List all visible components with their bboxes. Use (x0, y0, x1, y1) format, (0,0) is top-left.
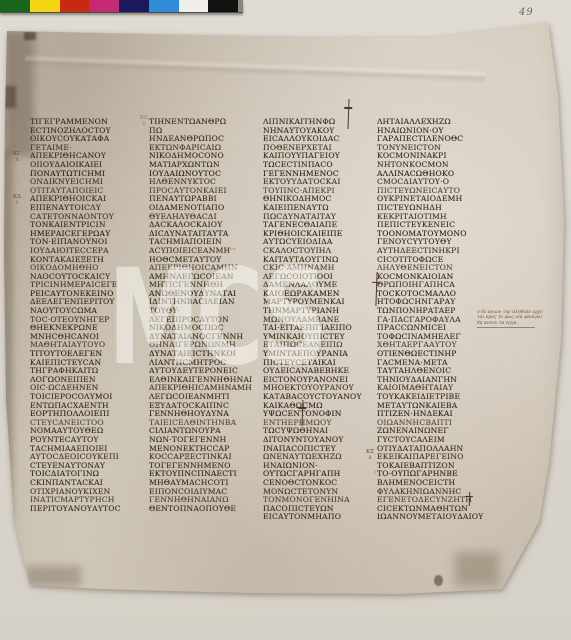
text-line: ΥΜΙΝΤΑΕΠΟΥΡΑΝΙΑ (263, 350, 383, 359)
text-line: ΑΛΛΙΝΑCΩΘΗΟΚΟ (377, 170, 497, 179)
text-line: ΤΟ·ΟΥΠΩΓΑΡΗΝΒΕ (377, 470, 497, 479)
text-line: ΕΝΤΩΠΑCΧΑΕΝΤΗ (30, 402, 150, 411)
text-line: ΜΟΝΩCΤΕΤΟΝΥΝ (263, 488, 383, 497)
text-line: ΤΟΝ·ΕΙΠΑΝΟΥΝΟΙ (30, 238, 150, 247)
cross-stem (375, 272, 378, 306)
text-line: ΛΕΓΩCΟΙΟΤΙΟΟΙ (263, 273, 383, 282)
text-column-4: ΛΗΤΑΙΑΛΛΕΧΗΖΩΗΝΑΙΩΝΙΟΝ·ΟΥΓΑΡΑΠΕCΤΙΛΕΝΟΘC… (377, 118, 497, 522)
text-line: ΕΙΠΕΝΑΥΤΟΙCΛΥ (30, 204, 150, 213)
text-line: ΤΟΝΜΟΝΟΓΕΝΗΙΝΑ (263, 496, 383, 505)
text-line: ΕΙCΑΛΛΟΥΚΟΙΔΑC (263, 135, 383, 144)
text-line: ΜΝΗCΘΗCΑΝΟΙ (30, 333, 150, 342)
text-line: ΤΑCΗΜΙΑΠΟΙΕΙΝ (149, 238, 269, 247)
section-numeral: ΚΕΒ (137, 116, 151, 127)
text-line: ΜΩΝΟΥΛΑΜΒΑΝΕ (263, 316, 383, 325)
text-line: ΘΗΝΑΙΓΕΡΩΝΩΝΜΗ (149, 341, 269, 350)
text-line: ΝΑΟCΟΥΤΟCΚΑΙCΥ (30, 273, 150, 282)
section-numeral: ΚΔΙ (10, 195, 24, 206)
text-line: ΑΥΤΟΥΔΕΥΤΕΡΟΝΕΙC (149, 367, 269, 376)
text-line: ΗΜΕΡΑΙCΕΓΕΡΩΑΥ (30, 230, 150, 239)
text-line: ΗΤΟΦΩCΗΝΓΑΡΑΥ (377, 298, 497, 307)
text-line: ΚΑΙΤΑΥΤΑΟΥΓΙΝΩ (263, 256, 383, 265)
text-line: ΟΙΔΑΜΕΝΟΤΙΑΠΟ (149, 204, 269, 213)
canon-numeral: Δ (10, 158, 24, 164)
text-line: ΗΟΘCΜΕΤΑΥΤΟΥ (149, 256, 269, 265)
text-line: ΙΝΑΤΙCΜΑΡΤΥΡΗCΗ (30, 496, 150, 505)
text-line: CΚΑΛΟCΤΟΥΙΗΛ (263, 247, 383, 256)
text-line: ΟΤΙΥΔΑΤΑΠΟΛΛΑΗΝ (377, 445, 497, 454)
canon-numeral: Ι (10, 201, 24, 207)
text-line: ΕΙCΤΟΝΟΥΡΑΝΟΝΕΙ (263, 376, 383, 385)
text-line: ΠΑCΟΠΙCΤΕΥΩΝ (263, 505, 383, 514)
text-line: ΤΟΥΠΝC·ΑΠΕΚΡΙ (263, 187, 383, 196)
text-line: ΕΞΥΔΑΤΟCΚΑΙΠΝC (149, 402, 269, 411)
section-numeral: ΚΓΔ (10, 152, 24, 163)
text-line: ΡΕΙCΑΥΤΟΝΕΚΕΙΝΟ (30, 290, 150, 299)
canon-numeral: Β (137, 122, 151, 128)
text-line: ΤΟΟΝΟΜΑΤΟΥΜΟΝΟ (377, 230, 497, 239)
interlinear-correction: αυτου (224, 246, 236, 251)
text-line: ΤΙΤΟΥΤΟΕΛΕΓΕΝ (30, 350, 150, 359)
text-line: ΤΑΙ·ΕΙΤΑΕΠΙΓΙΑΕΙΠΟ (263, 324, 383, 333)
text-line: ΧΘΗΤΑΕΡΓΑΑΥΤΟΥ (377, 341, 497, 350)
text-line: ΠΙCΤΕΥΩΝΕΙCΑΥΤΟ (377, 187, 497, 196)
text-line: ΤΑΙΕΙCΕΛΘΙΝΤΗΝΒΑ (149, 419, 269, 428)
text-line: ΘΥΕΛΗΛΥΘΑCΔΙ (149, 213, 269, 222)
text-line: ΟΤΙΧΡΙΑΝΟΥΚΙΧΕΝ (30, 488, 150, 497)
text-line: ΟΙC·ΩCΔΕΗΝΕΝ (30, 384, 150, 393)
text-line: CΤΕΥCΑΝΕΙCΤΟΟ (30, 419, 150, 428)
text-column-3: ΛΙΠΝΙΚΑΙΤΗΝΦΩΝΗΝΑΥΤΟΥΑΚΟΥΕΙCΑΛΛΟΥΚΟΙΔΑCΠ… (263, 118, 383, 522)
text-line: ΟΙΙΟΥΔΑΙΟΙΚΑΙΕΙ (30, 161, 150, 170)
text-line: ΔΥΝΑΤΑΙΕΙCΤΗΝΚΟΙ (149, 350, 269, 359)
text-column-2: ΤΙΗΝΕΝΤΩΑΝΘΡΩΠΩΗΝΔΕΑΝΘΡΩΠΟCΕΚΤΩΝΦΑΡΙCΑΙΩ… (149, 118, 269, 513)
cross-stem (468, 492, 470, 506)
text-line: ΤΟCΚΟΤΟCΜΑΛΛΟ (377, 290, 497, 299)
text-line: ΤΙΓΕΓΡΑΜΜΕΝΟΝ (30, 118, 150, 127)
text-line: ΟΥΚΡΙΝΕΤΑΙΟΔΕΜΗ (377, 195, 497, 204)
text-line: ΠΙCΤΕΥCΕΤΑΙΚΑΙ (263, 359, 383, 368)
text-line: ΕΚΤΩΝΦΑΡΙCΑΙΩ (149, 144, 269, 153)
text-line: ΛΕΓΩCΟΙΕΑΝΜΗΤΙ (149, 393, 269, 402)
text-line: ΛΙΠΝΙΚΑΙΤΗΝΦΩ (263, 118, 383, 127)
text-line: ΜΕΝΟΝΕΚΤΗCCΑΡ (149, 445, 269, 454)
text-line: ΤΩCΥΨΩΘΗΝΑΙ (263, 427, 383, 436)
text-line: ΕΟΡΤΗΠΟΛΛΟΙΕΠΙ (30, 410, 150, 419)
cross-stem (301, 400, 303, 426)
text-line: ΗΛΘΕΝΝΥΚΤΟC (149, 178, 269, 187)
text-line: ΠΕΠΙCΤΕΥΚΕΝΕΙC (377, 221, 497, 230)
text-line: ΑΠΕΚΡΙΘΗCΑΝΟΥ (30, 152, 150, 161)
text-line: ΕΤΑΙΠΩCΕΑΝΕΙΠΩ (263, 341, 383, 350)
text-line: ΓΥCΤΟΥCΑΛΕΙΜ (377, 436, 497, 445)
text-line: ΜΗΘΑΥΜΑCΗCΟΤΙ (149, 479, 269, 488)
text-line: ΓΑΡΑΠΕCΤΙΛΕΝΟΘC (377, 135, 497, 144)
text-line: ΑΠΕΚΡΙΘΗΙCΑΜΗΝΑΜΗ (149, 384, 269, 393)
text-line: ΝΙΚΟΔΗΜΟCΟΝΟ (149, 152, 269, 161)
text-line: ΕCΤΙΝΟΖΗΛΟCΤΟΥ (30, 127, 150, 136)
text-line: ΠΟΘΕΝΕΡΧΕΤΑΙ (263, 144, 383, 153)
text-line: ΤΟΝΚΑΙΕΝΤΡΙCΙΝ (30, 221, 150, 230)
text-line: ΘΗΝΙΚΟΔΗΜΟC (263, 195, 383, 204)
text-line: CΤΕΥΕΝΑΥΤΟΝΑΥ (30, 462, 150, 471)
parchment-stain (455, 552, 499, 586)
text-line: ΤΙΗΝΕΝΤΩΑΝΘΡΩ (149, 118, 269, 127)
text-line: ΤΟΚΑΙΕΒΑΠΤΙΖΟΝ (377, 462, 497, 471)
text-line: ΚΑΙΟΕΩΡΑΚΑΜΕΝ (263, 290, 383, 299)
text-line: ΤΟΥΘΥ· (149, 307, 269, 316)
text-line: ΗΝΔΕΑΝΘΡΩΠΟC (149, 135, 269, 144)
text-line: ΜΑΘΗΤΑΙΑΥΤΟΥΟ (30, 341, 150, 350)
text-line: ΝΙΚΟΔΗΜΟCΠΩC (149, 324, 269, 333)
text-line: ΔΑCΚΑΛΟCΚΑΙΟΥ (149, 221, 269, 230)
text-line: CΕΝΟΘCΤΟΝΚΟC (263, 479, 383, 488)
parchment-stain (2, 150, 13, 520)
text-line: ΓΕΤΑΙΜΕ· (30, 144, 150, 153)
manuscript-photo: ΤΙΓΕΓΡΑΜΜΕΝΟΝΕCΤΙΝΟΖΗΛΟCΤΟΥΟΙΚΟΥCΟΥΚΑΤΑΦ… (0, 0, 571, 640)
parchment-stain (24, 32, 36, 40)
text-line: ΙΝΑΠΑCΟΠΙCΤΕΥ (263, 445, 383, 454)
text-line: ΚΕΚΡΙΤΑΙΟΤΙΜΗ (377, 213, 497, 222)
text-line: ΤΗΝΜΑΡΤΥΡΙΑΝΗ (263, 307, 383, 316)
text-line: ΙΔΙΝΤΗΝΒΑCΙΛΕΙΑΝ (149, 298, 269, 307)
cross-stem (347, 99, 349, 129)
text-line: ΚΑΙΕΙΠΕΝΑΥΤΩ (263, 204, 383, 213)
cross-bar (372, 281, 380, 283)
text-line: ΚΟCΜΟΝΚΑΙΟΙΑΝ (377, 273, 497, 282)
text-line: CΙΛΙΑΝΤΩΝΟΥΡΑ (149, 427, 269, 436)
parchment-stain (6, 31, 34, 156)
text-line: ΛΟΓΩΟΝΕΙΠΕΝ (30, 376, 150, 385)
text-line: ΛΕΓΕΙΠΡΟCΑΥΤΟΝ (149, 316, 269, 325)
text-line: ΖΩΝΕΝΑΙΝΩΝΕΓ (377, 427, 497, 436)
text-line: ΤΩCΕCΤΙΝΠΑCΟ (263, 161, 383, 170)
text-line: CΙCΟΤΙΤΟΦΩCΕ (377, 256, 497, 265)
text-line: ΙΩΑΝΝΟΥΜΕΤΑΙΟΥΔΑΙΟΥ (377, 513, 497, 522)
text-line: ΑΠΕΚΡΙΘΗΟΙCΑΜΗΝ (149, 264, 269, 273)
text-line: ΓΑCΜΕΝΑ·ΜΕΤΑ (377, 359, 497, 368)
text-line: ΘΕΝΤΟΠΝΑΟΠΟΥΘΕ (149, 505, 269, 514)
text-line: ΚΑΙΕΠΙCΤΕΥCΑΝ (30, 359, 150, 368)
text-line: ΕΚΤΟΥΠΝCΠΝΑΕCΤΙ (149, 470, 269, 479)
text-line: ΦΥΛΑΚΗΝΙΩΑΝΝΗC (377, 488, 497, 497)
text-line: ΚΟCΜΟΝΙΝΑΚΡΙ (377, 152, 497, 161)
text-line: ΜΑΤΙΑΡΧΩΝΤΩΝ (149, 161, 269, 170)
text-line: ΓΕΝΟΥCΥΥΤΟΥΘΥ (377, 238, 497, 247)
text-line: ΠΡΑCCΩΝΜΙCΕΙ (377, 324, 497, 333)
text-line: ΥΨΩCΕΝΤΟΝΟΦΙΝ (263, 410, 383, 419)
text-line: ΘΡΩΠΟΙΗΓΑΠΗCΑ (377, 281, 497, 290)
text-line: ΠΩ (149, 127, 269, 136)
text-line: ΜΑΡΤΥΡΟΥΜΕΝΚΑΙ (263, 298, 383, 307)
text-line: ΤΩΝΠΟΝΗΡΑΤΑΕΡ (377, 307, 497, 316)
text-line: ΕΛΘΙΝΚΑΙΓΕΝΝΗΘΗΝΑΙ (149, 376, 269, 385)
text-line: CΚΙC·ΑΜΗΝΑΜΗ (263, 264, 383, 273)
text-line: ΑΥΤΟCΔΕΟΙCΟΥΚΕΠΙ (30, 453, 150, 462)
text-line: ΑΝΩΘΕΝΟΥΔΥΝΑΤΑΙ (149, 290, 269, 299)
text-line: ΑΠΕΚΡΙΘΗΟΙCΚΑΙ (30, 195, 150, 204)
parchment-stain (2, 86, 16, 108)
section-numeral: Ι (368, 471, 382, 477)
text-line: ΠΕΡΙΤΟΥΑΝΟΥΑΥΤΟC (30, 505, 150, 514)
text-line: CΑΤΕΤΟΝΝΑΟΝΤΟΥ (30, 213, 150, 222)
text-line: ΔΑΜΕΝΛΑΛΟΥΜΕ (263, 281, 383, 290)
text-line: ΤΟΙCΔΙΑΤΟΓΙΝΩ (30, 470, 150, 479)
text-line: ΕΚΕΙΚΑΙΠΑΡΕΓΕΙΝΟ (377, 453, 497, 462)
text-line: ΝΟΜΑΑΥΤΟΥΘΕΩ (30, 427, 150, 436)
cross-icon (371, 272, 380, 306)
text-line: ΑΥΤΗΔΕΕCΤΙΝΗΚΡΙ (377, 247, 497, 256)
text-line: ΕΙΠΟΝCΟΙΔΙΥΜΑC (149, 488, 269, 497)
text-line: CΚΙΝΠΑΝΤΑCΚΑΙ (30, 479, 150, 488)
text-line: ΠΡΟCΑΥΤΟΝΚΑΙΕΙ (149, 187, 269, 196)
text-line: ΓΕΝΝΗΘΗΟΥΔΥΝΑ (149, 410, 269, 419)
cross-icon (298, 400, 307, 426)
text-line: ΗΝΑΙΩΝΙΟΝ· (263, 462, 383, 471)
text-line: ΓΑ·ΠΑCΓΑΡΟΦΑΥΛΑ (377, 316, 497, 325)
text-line: ΕΓΕΝΕΤΟΔΕCΥΝΖΗΤΗ (377, 496, 497, 505)
text-line: ΤΟΙCΙΕΡΟCΟΛΥΜΟΙ (30, 393, 150, 402)
text-line: ΑΥΤΩCΥΕΙΟΔΙΔΑ (263, 238, 383, 247)
text-line: ΤΟΓΕΓΕΝΝΗΜΕΝΟ (149, 462, 269, 471)
corrector-note-line: θη αυτου τα εργα (477, 321, 569, 326)
cross-icon (465, 492, 473, 506)
text-line: ΟΙΚΟΥCΟΥΚΑΤΑΦΑ (30, 135, 150, 144)
text-line: ΟΥΔΕΙCΑΝΑΒΕΒΗΚΕ (263, 367, 383, 376)
text-line: ΚΑΙΟΙΜΑΘΗΤΑΙΑΥ (377, 384, 497, 393)
text-column-1: ΤΙΓΕΓΡΑΜΜΕΝΟΝΕCΤΙΝΟΖΗΛΟCΤΟΥΟΙΚΟΥCΟΥΚΑΤΑΦ… (30, 118, 150, 513)
text-line: ΤΡΙCΙΝΗΜΕΡΑΙCΕΓΕ (30, 281, 150, 290)
cross-bar (344, 107, 352, 109)
text-line: ΓΕΓΕΝΝΗΜΕΝΟC (263, 170, 383, 179)
text-line: ΚΑΤΑΒΑCΟΥCΤΟΥΑΝΟΥ (263, 393, 383, 402)
text-line: CΜΟCΔΙΑΥΤΟΥ·Ο (377, 178, 497, 187)
text-line: ΛΗΛΥΘΕΝΕΙCΤΟΝ (377, 264, 497, 273)
text-line: ΝΗΝΑΥΤΟΥΑΚΟΥ (263, 127, 383, 136)
text-line: ΕΙCΑΥΤΟΝΜΗΑΠΟ (263, 513, 383, 522)
text-line: ΝΗΤΟΝΚΟCΜΟΝ (377, 161, 497, 170)
text-line: ΑCΥΠΟΙΕΙCΕΑΝΜΗ (149, 247, 269, 256)
text-line: ΚΑΙΚΑΘΩCΜΩ (263, 402, 383, 411)
text-line: ΤΟΝΥΝΕΙCΤΟΝ (377, 144, 497, 153)
section-numeral: ΚΣΔ (363, 450, 377, 461)
text-line: ΜΗΟΕΚΤΟΥΟΥΡΑΝΟΥ (263, 384, 383, 393)
text-line: ΚΑΙΠΟΥΥΠΑΓΕΙΟΥ (263, 152, 383, 161)
text-line: ΔΙCΔΥΝΑΤΑΙΤΑΥΤΑ (149, 230, 269, 239)
parchment-leaf: ΤΙΓΕΓΡΑΜΜΕΝΟΝΕCΤΙΝΟΖΗΛΟCΤΟΥΟΙΚΟΥCΟΥΚΑΤΑΦ… (0, 0, 571, 640)
cross-bar (298, 407, 306, 409)
text-line: ΡΟΥΝΤΕCΑΥΤΟΥ (30, 436, 150, 445)
text-line: ΤΑCΗΜΙΑΑΕΠΟΙΕΙ (30, 445, 150, 454)
text-line: ΠΟΝΑΥΤΩΤΙCΗΜΙ (30, 170, 150, 179)
text-line: ΟΙΚΟΔΟΜΗΘΗΟ (30, 264, 150, 273)
text-line: ΙΟΥΔΑΙΟΙΤΕCCΕΡΑ (30, 247, 150, 256)
text-line: ΚΡΙΘΗΟΙCΚΑΙΕΙΠΕ (263, 230, 383, 239)
text-line: ΤΑΓΕΝΕCΘΑΙΑΠΕ (263, 221, 383, 230)
text-line: ΙΟΥΔΑΙΩΝΟΥΤΟC (149, 170, 269, 179)
cross-bar (465, 496, 473, 498)
text-line: ΕΚΤΟΥΥΔΑΤΟCΚΑΙ (263, 178, 383, 187)
text-line: ΒΛΗΜΕΝΟCΕΙCΤΗ (377, 479, 497, 488)
text-line: ΕΝΤΗΕΡΗΜΩΟΥ (263, 419, 383, 428)
text-line: ΔΥΝΑΤΑΙΑΝΟCΓΕΝΝΗ (149, 333, 269, 342)
text-line: ΤΗΝΙΟΥΔΑΙΑΝΓΗΝ (377, 376, 497, 385)
text-line: ΑΜΗΝΛΕΓΩCΟΙΕΑΝ (149, 273, 269, 282)
text-line: ΤΟΦΩCΙΝΑΜΗΕΛΕΓ (377, 333, 497, 342)
text-line: CΙCΕΚΤΩΝΜΑΘΗΤΩΝ (377, 505, 497, 514)
text-line: ΘΗΕΚΝΕΚΡΩΝΕ (30, 324, 150, 333)
text-line: ΟΙΩΑΝΝΗCΒΑΠΤΙ (377, 419, 497, 428)
parchment-crease (23, 22, 486, 114)
text-line: ΠΩCΔΥΝΑΤΑΙΤΑΥ (263, 213, 383, 222)
text-line: ΤΟΥΚΑΚΕΙΔΙΕΤΡΙΒΕ (377, 393, 497, 402)
text-line: ΟΝΔΙΚΝΥΕΙCΗΜΙ (30, 178, 150, 187)
text-line: ΜΗΤΙCΓΕΝΝΗΘΗ (149, 281, 269, 290)
text-line: ΥΜΙΝΚΑΙΟΥΠΙCΤΕΥ (263, 333, 383, 342)
text-line: ΠΤΙΖΕΝ·ΗΝΔΕΚΑΙ (377, 410, 497, 419)
text-line: ΚΟCCΑΡΞΕCΤΙΝΚΑΙ (149, 453, 269, 462)
text-line: ΤΑΥΤΑΗΛΘΕΝΟΙC (377, 367, 497, 376)
text-line: ΠΕΝΑΥΤΩΡΑΒΒΙ (149, 195, 269, 204)
cross-icon (343, 99, 352, 129)
text-line: ΝΑΟΥΤΟΥCΩΜΑ (30, 307, 150, 316)
text-line: ΗΝΑΙΩΝΙΟΝ·ΟΥ (377, 127, 497, 136)
text-line: ΚΟΝΤΑΚΑΙΕΞΕΤΗ (30, 256, 150, 265)
text-line: ΠΙCΤΕΥΩΝΗΔΗ (377, 204, 497, 213)
text-line: ΩΝΕΝΑΥΤΩΕΧΗΖΩ (263, 453, 383, 462)
corrector-note-line: ο δε ποιων την αληθιαν ερχε (477, 310, 569, 315)
corrector-note-rule (477, 327, 535, 328)
text-line: ΝΩΝ·ΤΟΓΕΓΕΝΝΗ (149, 436, 269, 445)
parchment-stain (26, 566, 81, 586)
parchment-stain (434, 575, 443, 586)
text-line: ΟΤΙΤΑΥΤΑΠΟΙΕΙC (30, 187, 150, 196)
text-line: ΔΙΤΟΝΥΝΤΟΥΑΝΟΥ (263, 436, 383, 445)
text-line: ΛΙΑΝΤΗCΜΗΤΡΟC (149, 359, 269, 368)
text-line: ΔΕΕΛΕΓΕΝΠΕΡΙΤΟΥ (30, 298, 150, 307)
text-line: ΤΗΓΡΑΦΗΚΑΙΤΩ (30, 367, 150, 376)
text-line: ΟΤΙΕΝΘΩΕCΤΙΝΗΡ (377, 350, 497, 359)
text-line: ΤΟC·ΟΤΕΟΥΝΗΓΕΡ (30, 316, 150, 325)
corrector-note-line: ται προς το φως ινα φανερω (477, 315, 569, 320)
text-line: ΟΥΤΩCΓΑΡΗΓΑΠΗ (263, 470, 383, 479)
canon-numeral: Δ (363, 456, 377, 462)
corrector-marginal-note: ο δε ποιων την αληθιαν ερχεται προς το φ… (477, 310, 569, 328)
text-line: ΓΕΝΝΗΘΗΝΑΙΑΝΩ (149, 496, 269, 505)
text-line: ΜΕΤΑΥΤΩΝΚΑΙΕΒΑ (377, 402, 497, 411)
text-line: ΛΗΤΑΙΑΛΛΕΧΗΖΩ (377, 118, 497, 127)
